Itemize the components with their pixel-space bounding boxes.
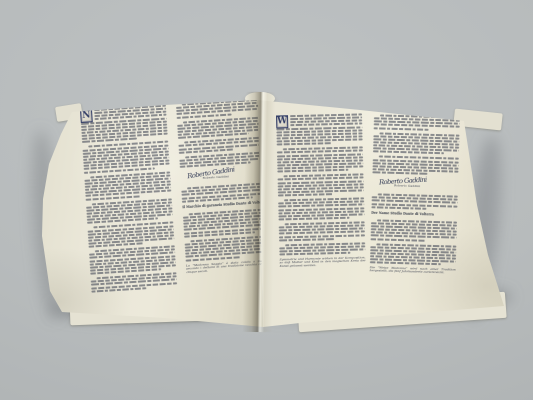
page-left: NRoberto GaddiniRoberto GaddiniIl Marchi… — [36, 94, 268, 330]
page-right-column-2: Roberto GaddiniRoberto GaddiniDer Name S… — [368, 114, 460, 326]
body-paragraph — [181, 183, 268, 203]
signature-printed-name: Roberto Gaddini — [203, 176, 229, 181]
body-paragraph — [372, 156, 458, 176]
signature-block: Roberto GaddiniRoberto Gaddini — [372, 176, 458, 192]
text-line — [277, 142, 332, 145]
legible-paragraph: Die "Weise Madonna" wird nach einer Trad… — [370, 267, 456, 276]
text-line — [371, 238, 426, 242]
page-right: WSymmetrie und Harmonie wirken in der Ko… — [250, 92, 512, 334]
body-paragraph — [183, 208, 270, 237]
text-line — [370, 262, 441, 266]
section-heading-text: Der Name Studio Dante di Volterra — [371, 211, 457, 217]
dropcap-initial: N — [80, 109, 93, 123]
legible-paragraph-text: Symmetrie und Harmonie wirken in der Kom… — [280, 256, 366, 268]
body-paragraph — [279, 242, 365, 256]
body-paragraph — [373, 132, 460, 155]
legible-paragraph: Symmetrie und Harmonie wirken in der Kom… — [280, 256, 366, 264]
text-line — [279, 234, 365, 238]
dropcap-initial: W — [276, 115, 288, 128]
body-paragraph — [89, 246, 176, 275]
legible-paragraph: La "Madonna Saggia" è stata colata a man… — [186, 259, 272, 271]
text-line — [279, 252, 350, 256]
body-paragraph — [87, 222, 174, 248]
text-line — [279, 217, 350, 221]
body-paragraph: W — [276, 113, 363, 145]
body-paragraph — [370, 243, 457, 266]
body-paragraph — [279, 221, 365, 241]
body-paragraph — [184, 235, 271, 261]
body-paragraph — [277, 147, 364, 173]
page-left-column-1: N — [80, 105, 179, 320]
body-paragraph — [82, 141, 170, 173]
text-line — [371, 206, 426, 210]
legible-paragraph-text: La "Madonna Saggia" è stata colata a man… — [186, 259, 272, 274]
body-paragraph: N — [80, 105, 168, 144]
text-line — [374, 127, 429, 131]
text-line — [372, 171, 427, 175]
photo-of-open-booklet: NRoberto GaddiniRoberto GaddiniIl Marchi… — [0, 0, 533, 400]
body-paragraph — [277, 174, 363, 197]
signature-block: Roberto GaddiniRoberto Gaddini — [180, 166, 267, 185]
body-paragraph — [371, 219, 458, 242]
body-paragraph — [371, 193, 457, 210]
text-line — [277, 169, 348, 173]
text-line — [278, 193, 333, 196]
body-paragraph — [177, 116, 264, 139]
body-paragraph — [374, 114, 460, 131]
text-line — [373, 151, 444, 155]
body-paragraph — [278, 197, 364, 220]
body-paragraph — [84, 171, 171, 200]
text-line — [279, 238, 334, 241]
signature-printed-name: Roberto Gaddini — [394, 185, 420, 189]
body-paragraph — [176, 99, 263, 119]
page-right-content: WSymmetrie und Harmonie wirken in der Ko… — [274, 114, 460, 326]
body-paragraph — [91, 272, 178, 292]
body-paragraph — [86, 198, 173, 224]
legible-paragraph-text: Die "Weise Madonna" wird nach einer Trad… — [370, 267, 456, 276]
section-heading: Der Name Studio Dante di Volterra — [371, 211, 457, 218]
page-left-content: NRoberto GaddiniRoberto GaddiniIl Marchi… — [80, 99, 275, 320]
page-right-column-1: WSymmetrie und Harmonie wirken in der Ko… — [276, 113, 367, 325]
